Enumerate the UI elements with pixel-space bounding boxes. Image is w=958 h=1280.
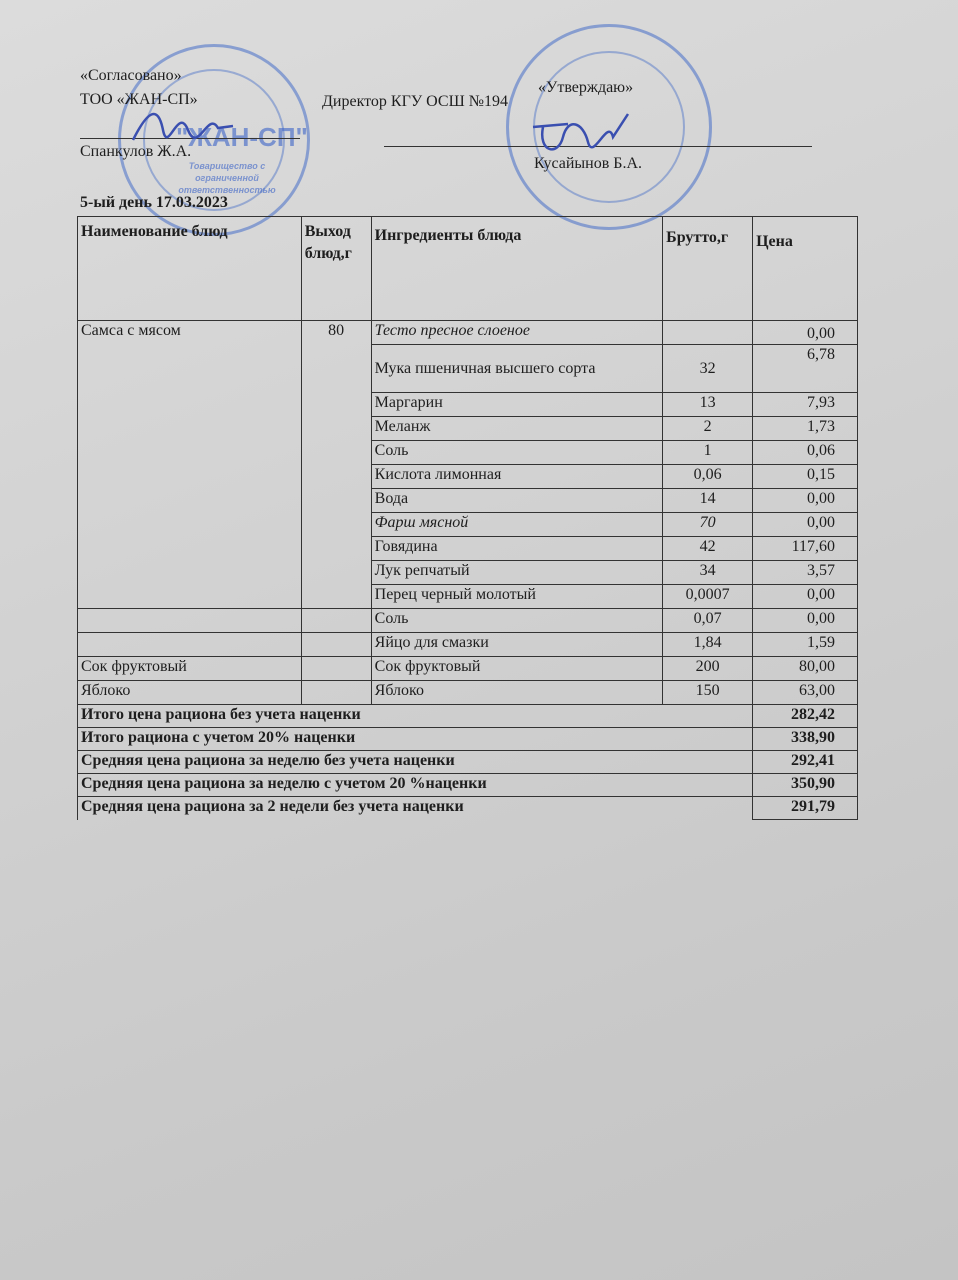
ingredient-gross: 0,0007 bbox=[663, 585, 753, 609]
dish-yield bbox=[301, 657, 371, 681]
ingredient-price: 0,00 bbox=[753, 321, 858, 345]
ingredient-name: Фарш мясной bbox=[371, 513, 662, 537]
ingredient-name: Соль bbox=[371, 609, 662, 633]
ingredient-name: Сок фруктовый bbox=[371, 657, 662, 681]
ingredient-price: 7,93 bbox=[753, 393, 858, 417]
ingredient-name: Говядина bbox=[371, 537, 662, 561]
summary-value: 292,41 bbox=[753, 751, 858, 774]
left-signer: Спанкулов Ж.А. bbox=[80, 142, 191, 162]
ingredient-price: 0,00 bbox=[753, 513, 858, 537]
ingredient-price: 0,15 bbox=[753, 465, 858, 489]
ingredient-name: Мука пшеничная высшего сорта bbox=[371, 345, 662, 393]
col-dish-name: Наименование блюд bbox=[78, 217, 302, 321]
agreed-label: «Согласовано» bbox=[80, 66, 182, 86]
ingredient-name: Меланж bbox=[371, 417, 662, 441]
dish-name: Сок фруктовый bbox=[78, 657, 302, 681]
table-row: Сок фруктовыйСок фруктовый20080,00 bbox=[78, 657, 858, 681]
ingredient-price: 63,00 bbox=[753, 681, 858, 705]
dish-yield bbox=[301, 633, 371, 657]
summary-label: Итого рациона с учетом 20% наценки bbox=[78, 728, 753, 751]
ingredient-gross: 200 bbox=[663, 657, 753, 681]
dish-name bbox=[78, 633, 302, 657]
ingredient-name: Яблоко bbox=[371, 681, 662, 705]
summary-row: Итого цена рациона без учета наценки282,… bbox=[78, 705, 858, 728]
ingredient-price: 0,00 bbox=[753, 609, 858, 633]
col-ingredients: Ингредиенты блюда bbox=[371, 217, 662, 321]
ingredient-name: Лук репчатый bbox=[371, 561, 662, 585]
ingredient-price: 1,59 bbox=[753, 633, 858, 657]
ingredient-gross: 70 bbox=[663, 513, 753, 537]
ingredient-name: Соль bbox=[371, 441, 662, 465]
stamp-left-sub-text: Товарищество с ограниченной ответственно… bbox=[172, 160, 282, 196]
summary-row: Средняя цена рациона за 2 недели без уче… bbox=[78, 797, 858, 820]
dish-name: Самса с мясом bbox=[78, 321, 302, 609]
dish-yield: 80 bbox=[301, 321, 371, 609]
ingredient-gross: 1 bbox=[663, 441, 753, 465]
table-row: ЯблокоЯблоко15063,00 bbox=[78, 681, 858, 705]
summary-label: Средняя цена рациона за неделю с учетом … bbox=[78, 774, 753, 797]
ingredient-gross: 150 bbox=[663, 681, 753, 705]
ingredient-name: Кислота лимонная bbox=[371, 465, 662, 489]
ingredient-name: Яйцо для смазки bbox=[371, 633, 662, 657]
ingredient-gross: 0,07 bbox=[663, 609, 753, 633]
menu-table: Наименование блюд Выход блюд,г Ингредиен… bbox=[77, 216, 858, 820]
right-signer: Кусайынов Б.А. bbox=[534, 154, 642, 174]
table-row: Соль0,070,00 bbox=[78, 609, 858, 633]
summary-row: Средняя цена рациона за неделю без учета… bbox=[78, 751, 858, 774]
ingredient-price: 6,78 bbox=[753, 345, 858, 393]
director-position: Директор КГУ ОСШ №194 bbox=[322, 92, 508, 112]
summary-label: Средняя цена рациона за неделю без учета… bbox=[78, 751, 753, 774]
table-row: Яйцо для смазки1,841,59 bbox=[78, 633, 858, 657]
summary-value: 282,42 bbox=[753, 705, 858, 728]
ingredient-price: 0,00 bbox=[753, 585, 858, 609]
summary-value: 291,79 bbox=[753, 797, 858, 820]
summary-row: Итого рациона с учетом 20% наценки338,90 bbox=[78, 728, 858, 751]
dish-name: Яблоко bbox=[78, 681, 302, 705]
dish-name bbox=[78, 609, 302, 633]
ingredient-price: 0,00 bbox=[753, 489, 858, 513]
dish-yield bbox=[301, 609, 371, 633]
summary-value: 338,90 bbox=[753, 728, 858, 751]
ingredient-price: 1,73 bbox=[753, 417, 858, 441]
day-title: 5-ый день 17.03.2023 bbox=[80, 194, 228, 212]
summary-value: 350,90 bbox=[753, 774, 858, 797]
ingredient-gross: 0,06 bbox=[663, 465, 753, 489]
ingredient-gross bbox=[663, 321, 753, 345]
ingredient-name: Маргарин bbox=[371, 393, 662, 417]
summary-label: Средняя цена рациона за 2 недели без уче… bbox=[78, 797, 753, 820]
ingredient-gross: 42 bbox=[663, 537, 753, 561]
dish-yield bbox=[301, 681, 371, 705]
ingredient-name: Тесто пресное слоеное bbox=[371, 321, 662, 345]
ingredient-name: Перец черный молотый bbox=[371, 585, 662, 609]
ingredient-price: 117,60 bbox=[753, 537, 858, 561]
ingredient-price: 3,57 bbox=[753, 561, 858, 585]
ingredient-gross: 14 bbox=[663, 489, 753, 513]
ingredient-price: 80,00 bbox=[753, 657, 858, 681]
col-gross: Брутто,г bbox=[663, 217, 753, 321]
ingredient-gross: 2 bbox=[663, 417, 753, 441]
ingredient-gross: 32 bbox=[663, 345, 753, 393]
approved-label: «Утверждаю» bbox=[538, 78, 633, 98]
ingredient-gross: 34 bbox=[663, 561, 753, 585]
ingredient-price: 0,06 bbox=[753, 441, 858, 465]
table-row: Самса с мясом80Тесто пресное слоеное0,00 bbox=[78, 321, 858, 345]
ingredient-name: Вода bbox=[371, 489, 662, 513]
col-yield: Выход блюд,г bbox=[301, 217, 371, 321]
summary-label: Итого цена рациона без учета наценки bbox=[78, 705, 753, 728]
ingredient-gross: 13 bbox=[663, 393, 753, 417]
summary-row: Средняя цена рациона за неделю с учетом … bbox=[78, 774, 858, 797]
ingredient-gross: 1,84 bbox=[663, 633, 753, 657]
col-price: Цена bbox=[753, 217, 858, 321]
